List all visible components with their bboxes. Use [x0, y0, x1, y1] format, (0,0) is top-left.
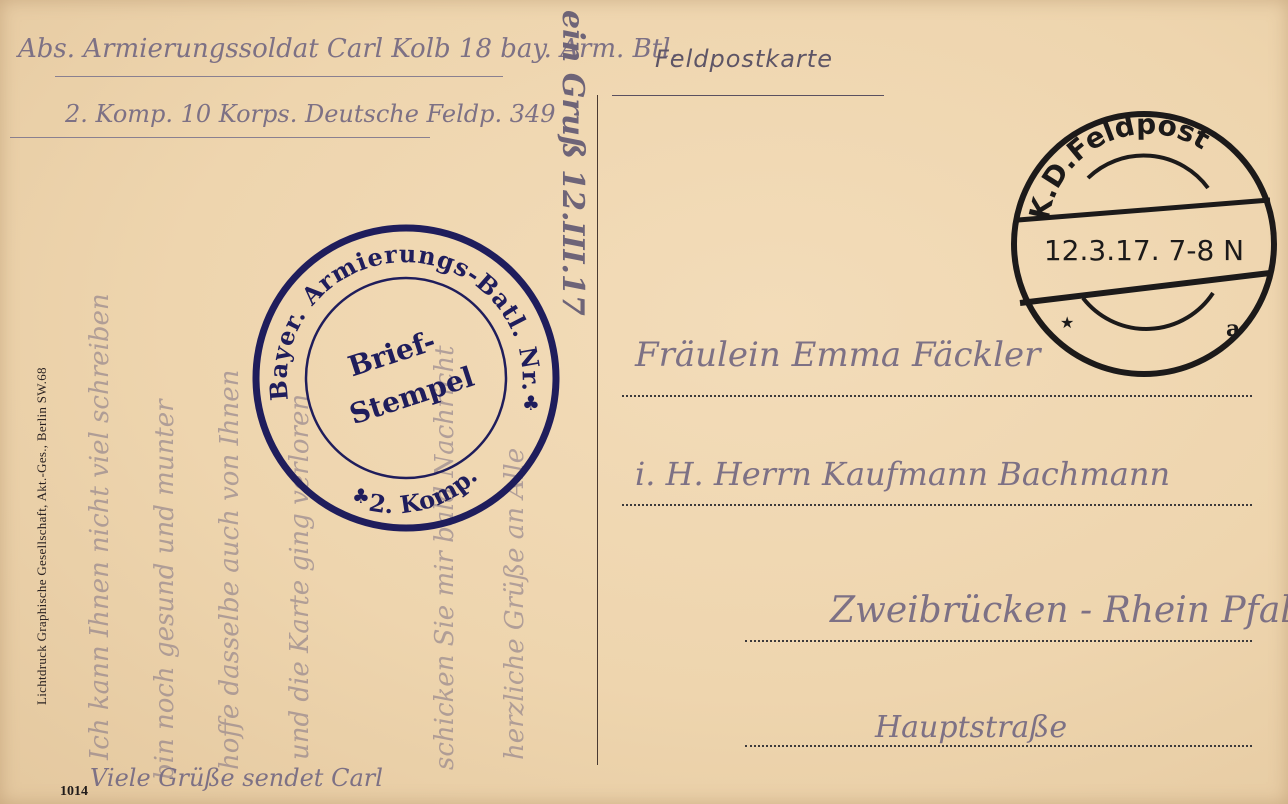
catalog-number: 1014 [60, 784, 88, 800]
recipient-line-4: Hauptstraße [875, 710, 1067, 745]
printer-imprint: Lichtdruck Graphische Gesellschaft, Akt.… [34, 367, 50, 705]
address-line-4 [745, 745, 1252, 747]
clover-icon: ♣ [352, 484, 370, 508]
recipient-line-2: i. H. Herrn Kaufmann Bachmann [635, 455, 1170, 493]
address-line-3 [745, 640, 1252, 642]
heading-underline [612, 95, 884, 96]
unit-stamp-bottom-text: 2. Komp. [367, 461, 483, 519]
unit-stamp-outer-text: Bayer. Armierungs-Batl. Nr. 18 [250, 218, 546, 402]
feldpost-postmark: K.D.Feldpost 12.3.17. 7-8 N a ★ [1008, 108, 1280, 380]
svg-text:2. Komp.: 2. Komp. [367, 461, 483, 519]
recipient-line-1: Fräulein Emma Fäckler [635, 335, 1040, 375]
feldpostkarte-heading: Feldpostkarte [655, 45, 833, 73]
background-message-line: bin noch gesund und munter [150, 399, 180, 780]
postmark-letter: a [1226, 316, 1240, 342]
postmark-date: 12.3.17. 7-8 N [1044, 234, 1244, 267]
background-message-line: hoffe dasselbe auch von Ihnen [215, 370, 245, 770]
clover-icon: ♣ [522, 391, 540, 415]
sender-rule-2 [10, 137, 430, 138]
sender-rule-1 [55, 76, 503, 77]
feldpost-postcard: Ich kann Ihnen nicht viel schreiben bin … [0, 0, 1288, 804]
recipient-line-3: Zweibrücken - Rhein Pfalz [830, 590, 1288, 631]
sender-line-2: 2. Komp. 10 Korps. Deutsche Feldp. 349 [65, 100, 556, 128]
star-icon: ★ [1060, 313, 1074, 332]
center-divider [597, 95, 598, 765]
background-message-line: Ich kann Ihnen nicht viel schreiben [85, 293, 115, 760]
address-line-1 [622, 395, 1252, 397]
unit-brief-stempel: Bayer. Armierungs-Batl. Nr. 18 2. Komp. … [250, 218, 562, 536]
svg-text:Bayer. Armierungs-Batl. Nr. 18: Bayer. Armierungs-Batl. Nr. 18 [250, 218, 546, 402]
address-line-2 [622, 504, 1252, 506]
signature: Viele Grüße sendet Carl [90, 764, 383, 792]
